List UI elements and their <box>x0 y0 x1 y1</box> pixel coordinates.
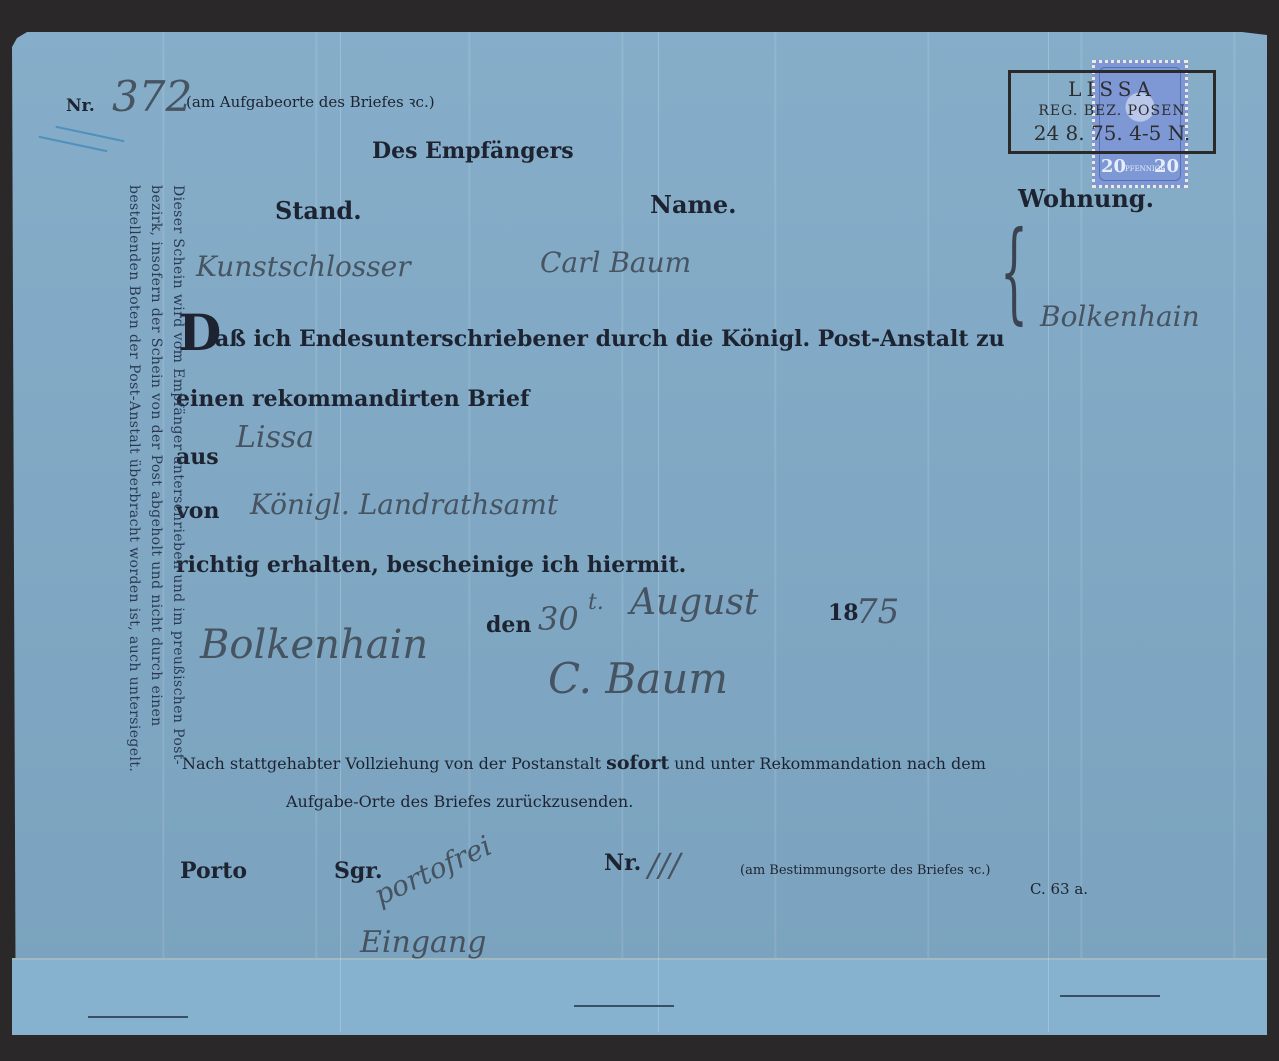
body-line-1: aß ich Endesunterschriebener durch die K… <box>215 326 1005 352</box>
instructions-part-a: Nach stattgehabter Vollziehung von der P… <box>182 754 601 773</box>
footer-nr-value: /// <box>648 846 680 884</box>
form-code: C. 63 a. <box>1030 880 1088 898</box>
year-printed: 18 <box>828 600 859 626</box>
instructions-bold: sofort <box>606 752 669 774</box>
postmark-town: LISSA <box>1011 77 1213 101</box>
side-text-line-1: Dieser Schein wird vom Empfänger untersc… <box>167 185 189 772</box>
body-line-2: einen rekommandirten Brief <box>176 386 529 412</box>
section-title: Des Empfängers <box>372 138 574 164</box>
postmark-cancel: LISSA REG. BEZ. POSEN 24 8. 75. 4-5 N. <box>1008 70 1216 154</box>
brace: { <box>1000 216 1028 326</box>
side-instructions: Dieser Schein wird vom Empfänger untersc… <box>123 185 189 772</box>
footer-nr-label: Nr. <box>604 850 641 876</box>
column-wohnung: Wohnung. <box>1018 184 1154 213</box>
von-value: Königl. Landrathsamt <box>250 488 558 521</box>
year-handwritten: 75 <box>856 592 899 632</box>
porto-label: Porto <box>180 858 247 884</box>
postmark-date: 24 8. 75. 4-5 N. <box>1011 121 1213 145</box>
signature-place: Bolkenhain <box>200 622 428 668</box>
postmark-district: REG. BEZ. POSEN <box>1011 103 1213 119</box>
recipient-name: Carl Baum <box>540 246 691 279</box>
column-name: Name. <box>650 190 737 219</box>
footer-nr-note: (am Bestimmungsorte des Briefes ꝛc.) <box>740 860 990 878</box>
recipient-signature: C. Baum <box>548 654 728 703</box>
signature-month: August <box>630 582 758 623</box>
footer-handwritten-note: Eingang <box>360 925 486 960</box>
nr-handwritten: 372 <box>112 72 192 121</box>
stamp-value-left: 20 <box>1101 156 1126 177</box>
column-stand: Stand. <box>275 196 362 225</box>
bottom-rule <box>1060 995 1160 997</box>
den-label: den <box>486 612 531 638</box>
nr-label: Nr. <box>66 96 95 116</box>
instructions-line-2: Aufgabe-Orte des Briefes zurückzusenden. <box>286 792 633 811</box>
bottom-rule <box>574 1005 674 1007</box>
stamp-value-right: 20 <box>1154 156 1179 177</box>
aus-value: Lissa <box>236 420 314 455</box>
bottom-rule <box>88 1016 188 1018</box>
instructions-part-b: und unter Rekommandation nach dem <box>674 754 986 773</box>
nr-note: (am Aufgabeorte des Briefes ꝛc.) <box>186 92 435 112</box>
body-line-5: richtig erhalten, bescheinige ich hiermi… <box>176 552 686 578</box>
signature-day-suffix: t. <box>588 590 604 615</box>
signature-day: 30 <box>538 600 579 638</box>
recipient-wohnung: Bolkenhain <box>1040 300 1200 333</box>
side-text-line-3: bestellenden Boten der Post-Anstalt über… <box>123 185 145 772</box>
side-text-line-2: bezirk, insofern der Schein von der Post… <box>145 185 167 772</box>
recipient-stand: Kunstschlosser <box>196 250 411 283</box>
instructions-line-1: Nach stattgehabter Vollziehung von der P… <box>182 752 986 774</box>
